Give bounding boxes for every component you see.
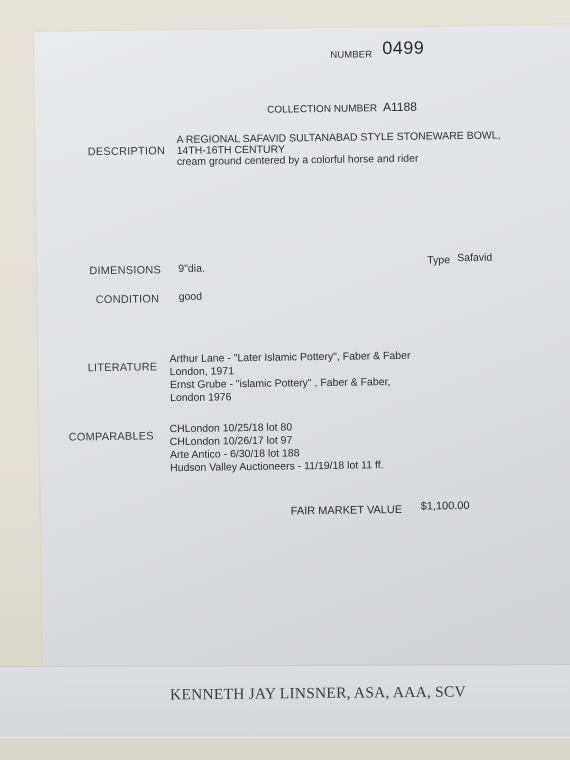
- fair-market-value: $1,100.00: [421, 500, 470, 513]
- type-value: Safavid: [457, 252, 492, 264]
- number-value: 0499: [382, 38, 424, 60]
- background-surface: [0, 737, 570, 760]
- comparables-label: COMPARABLES: [69, 430, 154, 443]
- condition-label: CONDITION: [96, 293, 160, 306]
- literature-list: Arthur Lane - "Later Islamic Pottery", F…: [169, 350, 411, 405]
- collection-number-value: A1188: [383, 100, 417, 114]
- description-text: A REGIONAL SAFAVID SULTANABAD STYLE STON…: [176, 130, 500, 168]
- literature-line: London 1976: [170, 389, 411, 405]
- dimensions-value: 9"dia.: [178, 263, 205, 275]
- description-label: DESCRIPTION: [88, 145, 166, 158]
- literature-label: LITERATURE: [88, 361, 158, 374]
- appraiser-signature: KENNETH JAY LINSNER, ASA, AAA, SCV: [170, 683, 466, 704]
- condition-value: good: [179, 291, 203, 303]
- dimensions-label: DIMENSIONS: [89, 264, 161, 277]
- comparables-list: CHLondon 10/25/18 lot 80 CHLondon 10/26/…: [169, 420, 383, 475]
- fair-market-value-label: FAIR MARKET VALUE: [291, 504, 403, 518]
- appraisal-sheet: NUMBER 0499 COLLECTION NUMBER A1188 DESC…: [34, 24, 570, 752]
- comparable-line: Hudson Valley Auctioneers - 11/19/18 lot…: [170, 459, 384, 475]
- description-line: cream ground centered by a colorful hors…: [177, 152, 501, 168]
- number-label: NUMBER: [330, 49, 372, 61]
- type-label: Type: [427, 254, 450, 266]
- collection-number-label: COLLECTION NUMBER: [267, 103, 377, 116]
